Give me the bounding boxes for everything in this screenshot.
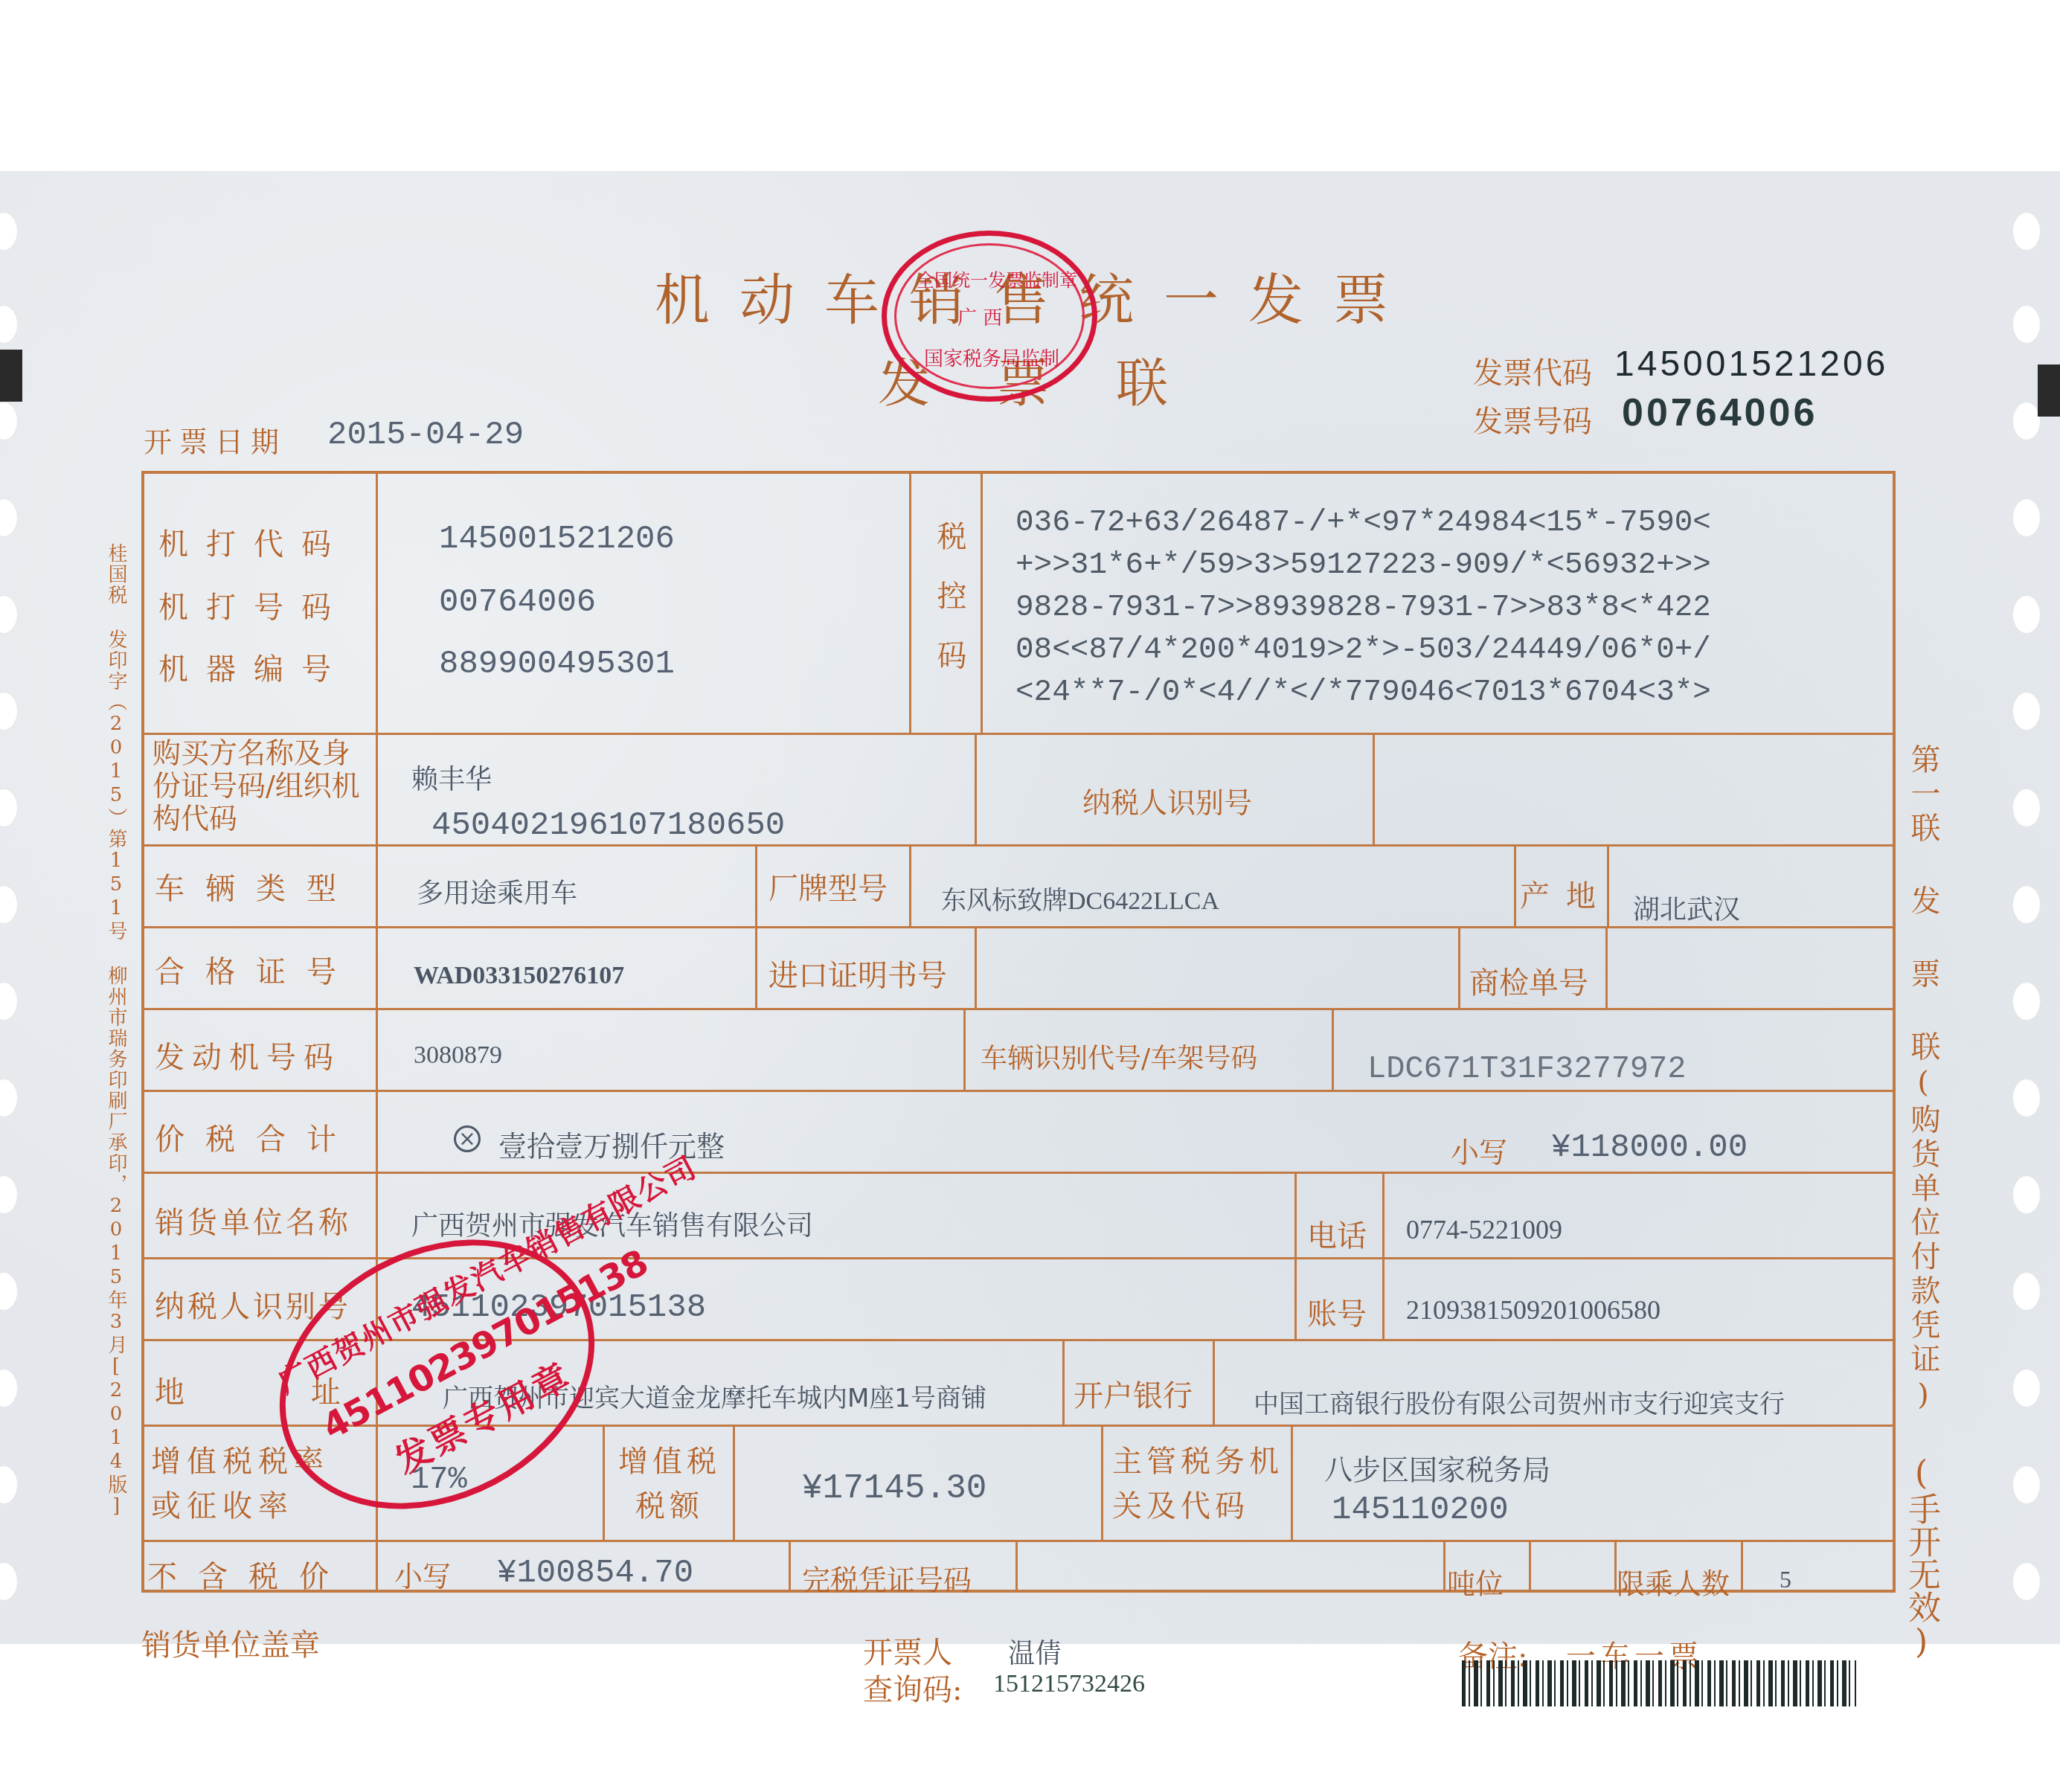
perforation-hole xyxy=(2012,1562,2041,1601)
perforation-hole xyxy=(2012,789,2041,827)
perforation-hole xyxy=(2012,885,2041,924)
seller-bank-label: 开户银行 xyxy=(1074,1372,1193,1415)
certificate-number: WAD033150276107 xyxy=(414,962,624,990)
perforation-hole xyxy=(0,1562,18,1601)
vehicle-type-label: 车辆类型 xyxy=(155,865,357,908)
seats-label: 限乘人数 xyxy=(1617,1561,1730,1602)
tax-authority-code: 145110200 xyxy=(1332,1491,1509,1529)
engine-number: 3080879 xyxy=(414,1041,502,1070)
buyer-label: 购买方名称及身份证号码/组织机构代码 xyxy=(153,736,368,835)
pretax-amount: ¥100854.70 xyxy=(497,1555,693,1592)
col-divider xyxy=(909,844,911,926)
perforation-hole xyxy=(0,1465,18,1504)
seller-phone: 0774-5221009 xyxy=(1406,1214,1562,1245)
perforation-hole xyxy=(0,595,18,634)
stamp-top-text: 全国统一发票监制章 xyxy=(917,266,1077,292)
buyer-taxpayer-id-label: 纳税人识别号 xyxy=(1082,780,1252,820)
perforation-hole xyxy=(0,982,18,1021)
seller-seal-label: 销货单位盖章 xyxy=(141,1622,320,1664)
col-divider xyxy=(1514,844,1516,926)
origin-label: 产地 xyxy=(1520,873,1612,915)
engine-label: 发动机号码 xyxy=(155,1034,341,1076)
buyer-name: 赖丰华 xyxy=(411,759,492,797)
row-divider xyxy=(141,733,1896,735)
issuer-name: 温倩 xyxy=(1008,1633,1062,1671)
issuer-label: 开票人 xyxy=(863,1629,952,1671)
brand-label: 厂牌型号 xyxy=(769,865,888,908)
col-divider xyxy=(755,844,757,1008)
row-divider xyxy=(141,844,1896,847)
invoice-number: 00764006 xyxy=(1622,391,1817,435)
col-divider xyxy=(1332,1008,1334,1090)
perforation-hole xyxy=(2012,1272,2041,1311)
col-divider xyxy=(975,926,977,1008)
buyer-id: 450402196107180650 xyxy=(431,807,785,844)
total-lowercase: ¥118000.00 xyxy=(1551,1129,1748,1166)
col-divider xyxy=(1294,1172,1297,1339)
stamp-center-text: 广 西 xyxy=(957,303,1002,330)
col-divider xyxy=(1458,926,1460,1008)
vin-label: 车辆识别代号/车架号码 xyxy=(981,1038,1257,1076)
col-divider xyxy=(1382,1172,1384,1339)
seller-phone-label: 电话 xyxy=(1307,1213,1367,1255)
vehicle-type: 多用途乘用车 xyxy=(417,873,577,911)
perforation-hole xyxy=(0,789,18,827)
perforation-hole xyxy=(0,1079,18,1117)
tax-control-line: +>>31*6+*/59>3>59127223-909/*<56932+>> xyxy=(1015,545,1711,587)
perforation-hole xyxy=(2012,1079,2041,1117)
col-divider xyxy=(1741,1540,1743,1593)
seller-account: 210938150920100658​0 xyxy=(1406,1294,1660,1326)
total-label: 价税合计 xyxy=(155,1116,357,1158)
col-divider xyxy=(1291,1425,1293,1540)
perforation-hole xyxy=(0,305,18,344)
row-divider xyxy=(141,1540,1896,1542)
alignment-mark xyxy=(2038,364,2060,417)
printer-info: 桂国税 发印字（2015）第151号 柳州市瑞务印刷厂承印，2015年3月[20… xyxy=(103,543,130,1519)
device-number: 889900495301 xyxy=(439,646,675,683)
col-divider xyxy=(1443,1540,1445,1593)
perforation-hole xyxy=(0,1175,18,1214)
tax-control-line: 036-72+63/26487-/+*<97*24984<15*-7590< xyxy=(1015,502,1711,545)
tax-amount-label: 增值税税额 xyxy=(617,1439,722,1529)
perforation-hole xyxy=(0,498,18,537)
perforation-hole xyxy=(2012,692,2041,730)
handwritten-invalid-note: (手开无效) xyxy=(1905,1454,1937,1661)
perforation-hole xyxy=(2012,1175,2041,1214)
tax-control-line: 08<<87/4*200*4019>2*>-503/24449/06*0+/ xyxy=(1015,629,1711,672)
col-divider xyxy=(1062,1339,1065,1425)
import-cert-label: 进口证明书号 xyxy=(769,952,947,995)
circled-x-icon: × xyxy=(454,1125,481,1152)
tax-control-label: 税控码 xyxy=(928,521,971,699)
query-code-label: 查询码: xyxy=(863,1666,962,1709)
col-divider xyxy=(1213,1339,1215,1425)
invoice-code: 145001521206 xyxy=(1614,344,1888,385)
perforation-hole xyxy=(2012,1465,2041,1504)
copy-label: 第一联 发 票 联(购货单位付款凭证) xyxy=(1908,744,1938,1416)
tax-cert-label: 完税凭证号码 xyxy=(802,1557,972,1598)
perforation-hole xyxy=(2012,982,2041,1021)
machine-code-label: 机打代码 xyxy=(158,521,349,563)
col-divider xyxy=(603,1425,605,1540)
inspection-label: 商检单号 xyxy=(1469,960,1588,1002)
perforation-hole xyxy=(2012,595,2041,634)
perforation-hole xyxy=(0,1272,18,1311)
tax-authority-label: 主管税务机关及代码 xyxy=(1112,1439,1283,1529)
col-divider xyxy=(1015,1540,1018,1593)
col-divider xyxy=(733,1425,735,1540)
perforation-hole xyxy=(0,212,18,251)
col-divider xyxy=(963,1008,966,1090)
perforation-hole xyxy=(2012,498,2041,537)
col-divider xyxy=(1101,1425,1103,1540)
query-code: 151215732426 xyxy=(993,1670,1145,1698)
col-divider xyxy=(981,471,983,733)
vin: LDC671T31F3277972 xyxy=(1367,1051,1686,1087)
perforation-hole xyxy=(2012,212,2041,251)
perforation-hole xyxy=(2012,402,2041,440)
tonnage-label: 吨位 xyxy=(1447,1561,1504,1602)
total-lowercase-label: 小写 xyxy=(1451,1129,1507,1170)
machine-code: 145001521206 xyxy=(439,521,675,558)
stamp-bottom-text: 国家税务局监制 xyxy=(924,344,1059,371)
perforation-hole xyxy=(2012,1369,2041,1407)
perforation-hole xyxy=(2012,305,2041,344)
col-divider xyxy=(789,1540,791,1593)
row-divider xyxy=(141,1172,1896,1174)
row-divider xyxy=(141,1090,1896,1092)
row-divider xyxy=(141,1008,1896,1010)
seat-capacity: 5 xyxy=(1780,1566,1791,1593)
col-divider xyxy=(975,733,977,844)
machine-number: 00764006 xyxy=(439,584,596,621)
invoice-code-label: 发票代码 xyxy=(1473,350,1592,392)
col-divider xyxy=(909,471,911,733)
alignment-mark xyxy=(0,350,22,402)
barcode xyxy=(1462,1660,1856,1706)
invoice-number-label: 发票号码 xyxy=(1473,398,1592,440)
pretax-label: 不含税价 xyxy=(147,1553,350,1596)
tax-authority: 八步区国家税务局 xyxy=(1324,1447,1550,1488)
col-divider xyxy=(1373,733,1375,844)
machine-number-label: 机打号码 xyxy=(158,584,349,626)
seller-account-label: 账号 xyxy=(1307,1291,1367,1333)
origin: 湖北武汉 xyxy=(1633,889,1740,927)
issue-date: 2015-04-29 xyxy=(327,417,524,454)
col-divider xyxy=(1529,1540,1531,1593)
issue-date-label: 开票日期 xyxy=(144,419,286,460)
seller-name-label: 销货单位名称 xyxy=(155,1199,351,1242)
tax-amount: ¥17145.30 xyxy=(802,1469,986,1508)
tax-bureau-stamp: 全国统一发票监制章 广 西 国家税务局监制 xyxy=(882,231,1097,402)
certificate-label: 合格证号 xyxy=(155,948,357,991)
tax-control-line: <24**7-/0*<4//*</*779046<7013*6704<3*> xyxy=(1015,672,1711,714)
perforation-hole xyxy=(0,402,18,440)
tax-control-code: 036-72+63/26487-/+*<97*24984<15*-7590< +… xyxy=(1015,502,1711,714)
tax-control-line: 9828-7931-7>>8939828-7931-7>>83*8<*422 xyxy=(1015,587,1711,629)
device-number-label: 机器编号 xyxy=(158,646,349,688)
brand-model: 东风标致牌DC6422LLCA xyxy=(941,880,1219,916)
perforation-hole xyxy=(0,692,18,730)
pretax-lowercase-label: 小写 xyxy=(394,1553,451,1594)
perforation-hole xyxy=(0,885,18,924)
perforation-hole xyxy=(0,1369,18,1407)
col-divider xyxy=(1605,926,1608,1008)
seller-bank: 中国工商银行股份有限公司贺州市支行迎宾支行 xyxy=(1254,1384,1785,1420)
